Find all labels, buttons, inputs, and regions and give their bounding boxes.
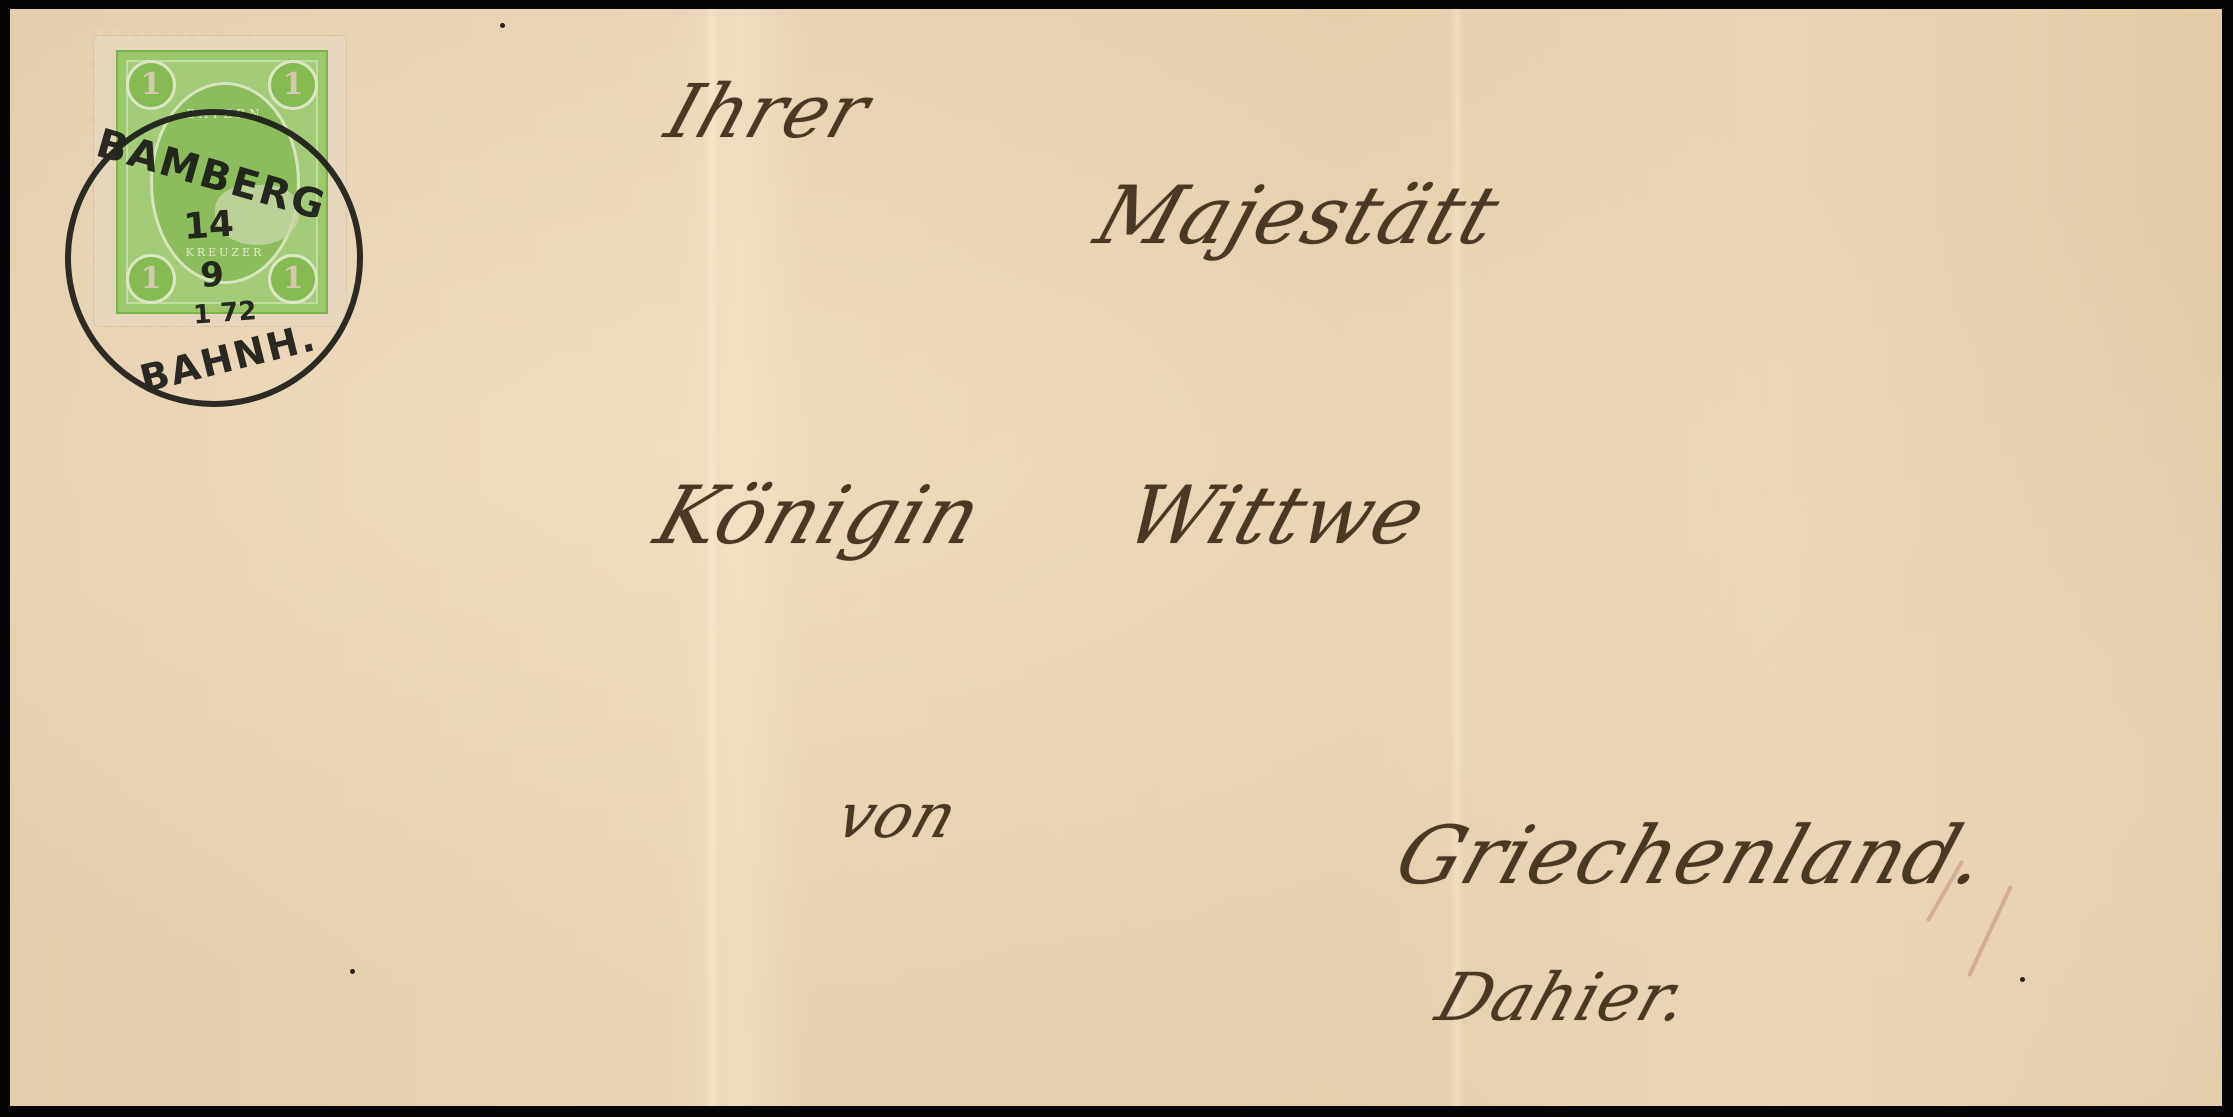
address-line-majestaet: Majestätt: [1085, 169, 1511, 262]
address-line-ihrer: Ihrer: [656, 69, 880, 155]
stamp-corner-numeral: 1: [268, 60, 318, 110]
ink-speck: [2020, 977, 2025, 982]
crayon-stroke: [1967, 885, 2013, 977]
address-line-wittwe: Wittwe: [1115, 469, 1438, 562]
postmark-time: 1 72: [184, 296, 266, 332]
envelope: BAYERN KREUZER 1 1 1 1 BAMBERG 14 9 1 72…: [10, 9, 2222, 1106]
crayon-marks: [1890, 879, 2010, 989]
postmark-month: 9: [171, 252, 254, 297]
address-line-dahier: Dahier.: [1427, 959, 1699, 1036]
ink-speck: [350, 969, 355, 974]
stamp-corner-numeral: 1: [126, 60, 176, 110]
ink-speck: [500, 23, 505, 28]
address-line-von: von: [828, 779, 967, 852]
address-line-koenigin: Königin: [645, 469, 993, 562]
postmark-day: 14: [167, 203, 250, 249]
